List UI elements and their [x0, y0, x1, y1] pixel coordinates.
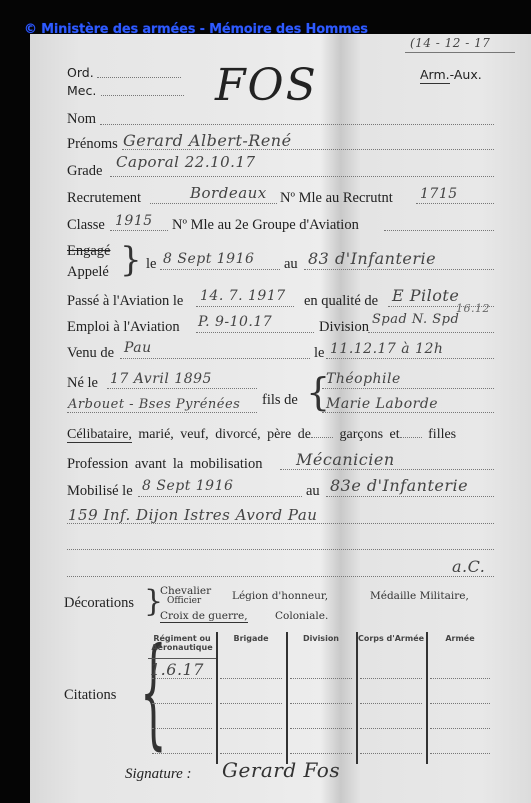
recrutement-value: Bordeaux [190, 184, 267, 202]
garcons-line [311, 437, 333, 438]
citations-cell-line [152, 703, 212, 704]
arm-underline [420, 83, 450, 84]
coloniale-label: Coloniale. [275, 610, 328, 622]
date-line [405, 52, 515, 53]
matricule-recrut-value: 1715 [420, 186, 458, 202]
prenoms-label: Prénoms [67, 136, 118, 153]
venu-le-label: le [314, 345, 324, 362]
prenoms-line [122, 149, 494, 150]
citations-col-header: Brigade [216, 634, 286, 643]
ne-lieu: Arbouet - Bses Pyrénées [68, 397, 240, 412]
citations-cell-line [220, 728, 282, 729]
engage-le-label: le [146, 256, 156, 273]
mobilise-au-label: au [306, 483, 320, 500]
mobilise-label: Mobilisé le [67, 483, 133, 500]
citations-col-header: Régiment ou Aéronautique [148, 634, 216, 652]
blank-line-1 [67, 549, 494, 550]
engage-unit: 83 d'Infanterie [308, 249, 436, 268]
recrutement-label: Recrutement [67, 190, 141, 207]
parcours-value: 159 Inf. Dijon Istres Avord Pau [68, 506, 317, 524]
citations-header-rule [148, 658, 216, 659]
matricule-recrut-label: Nº Mle au Recrutnt [280, 190, 393, 207]
etat-divorce: divorcé, [215, 427, 260, 442]
profession-label: Profession avant la mobilisation [67, 456, 262, 473]
citations-cell-line [152, 753, 212, 754]
citations-cell-line [220, 753, 282, 754]
engage-label: Engagé [67, 243, 110, 260]
citations-cell-line [430, 678, 490, 679]
engage-au-label: au [284, 256, 298, 273]
citations-col-divider [286, 632, 288, 764]
croix-guerre-label: Croix de guerre, [160, 610, 248, 623]
etat-marie: marié, [138, 427, 173, 442]
decorations-label: Décorations [64, 595, 134, 612]
engage-date-line [160, 269, 280, 270]
appele-label: Appelé [67, 264, 109, 281]
citations-cell-line [220, 678, 282, 679]
citations-cell-line [290, 703, 352, 704]
watermark: © Ministère des armées - Mémoire des Hom… [24, 22, 368, 37]
brace-engage: } [120, 243, 142, 277]
etat-filles: filles [428, 427, 456, 442]
mobilise-date-line [138, 496, 302, 497]
venu-label: Venu de [67, 345, 114, 362]
citations-cell-line [430, 753, 490, 754]
mec-line [101, 95, 184, 96]
grade-line [110, 176, 494, 177]
groupe-aviation-label: Nº Mle au 2e Groupe d'Aviation [172, 217, 359, 234]
etat-garcons: garçons et [339, 427, 399, 442]
initials: a.C. [452, 557, 485, 576]
legion-honneur-label: Légion d'honneur, [232, 590, 328, 602]
etat-pere-de: père de [267, 427, 311, 442]
citations-cell-line [360, 728, 422, 729]
qualite-value: E Pilote [392, 286, 459, 305]
officier-label: Officier [167, 596, 201, 606]
mec-label: Mec. [67, 83, 96, 98]
nom-label: Nom [67, 111, 96, 128]
venu-value: Pau [124, 340, 152, 356]
classe-value: 1915 [115, 213, 153, 229]
nom-value: FOS [215, 60, 318, 111]
blank-line-2 [67, 576, 494, 577]
qualite-label: en qualité de [304, 293, 378, 310]
signature-label: Signature : [125, 766, 192, 783]
emploi-line [196, 332, 314, 333]
citations-cell-line [430, 703, 490, 704]
division-line [368, 332, 494, 333]
citations-cell-line [152, 728, 212, 729]
passe-date-line [196, 306, 294, 307]
grade-label: Grade [67, 163, 102, 180]
etat-veuf: veuf, [180, 427, 208, 442]
citations-cell-line [220, 703, 282, 704]
passe-label: Passé à l'Aviation le [67, 293, 183, 310]
citations-col-header: Division [286, 634, 356, 643]
pere-value: Théophile [326, 371, 401, 387]
citations-label: Citations [64, 687, 116, 704]
profession-value: Mécanicien [296, 450, 395, 469]
venu-date-line [326, 358, 494, 359]
mobilise-date: 8 Sept 1916 [142, 478, 233, 494]
division-label: Division [319, 319, 369, 336]
passe-date: 14. 7. 1917 [200, 288, 286, 304]
citations-cell-line [360, 753, 422, 754]
ord-line [97, 77, 181, 78]
venu-date: 11.12.17 à 12h [330, 341, 443, 357]
division-note: 16.12 [456, 302, 490, 315]
citations-cell-line [360, 678, 422, 679]
mobilise-unit-line [326, 496, 494, 497]
citations-col-header: Corps d'Armée [356, 634, 426, 643]
ne-date: 17 Avril 1895 [110, 371, 212, 387]
pere-line [322, 388, 494, 389]
profession-line [280, 469, 494, 470]
filles-line [400, 437, 422, 438]
ord-label: Ord. [67, 65, 94, 80]
signature-value: Gerard Fos [222, 758, 340, 782]
groupe-aviation-line [384, 230, 494, 231]
citations-cell-line [290, 753, 352, 754]
grade-value: Caporal 22.10.17 [116, 153, 256, 171]
citations-col-header: Armée [426, 634, 494, 643]
engage-date: 8 Sept 1916 [163, 251, 254, 267]
citations-cell-line [430, 728, 490, 729]
division-value: Spad N. Spd [372, 312, 459, 327]
citations-col-divider [426, 632, 428, 764]
parcours-line [67, 523, 494, 524]
venu-line [120, 358, 310, 359]
citations-cell-line [290, 728, 352, 729]
classe-line [110, 230, 168, 231]
citations-cell-line [290, 678, 352, 679]
matricule-recrut-line [416, 203, 494, 204]
date-stamp: (14 - 12 - 17 [410, 36, 490, 50]
arm-aux-label: Arm.-Aux. [420, 67, 482, 82]
medaille-militaire-label: Médaille Militaire, [370, 590, 469, 602]
nom-line [100, 124, 494, 125]
fils-de-label: fils de [262, 392, 298, 409]
emploi-value: P. 9-10.17 [198, 314, 272, 330]
citations-cell: 1.6.17 [150, 660, 204, 679]
ne-date-line [107, 388, 257, 389]
citations-col-divider [356, 632, 358, 764]
ne-lieu-line [67, 412, 257, 413]
classe-label: Classe [67, 217, 105, 234]
etat-civil-line: Célibataire, marié, veuf, divorcé, père … [67, 427, 456, 443]
mobilise-unit: 83e d'Infanterie [330, 476, 468, 495]
citations-col-divider [216, 632, 218, 764]
emploi-label: Emploi à l'Aviation [67, 319, 180, 336]
engage-unit-line [304, 269, 494, 270]
ne-label: Né le [67, 375, 98, 392]
prenoms-value: Gerard Albert-René [123, 131, 292, 150]
etat-celibataire: Célibataire, [67, 427, 132, 443]
mere-value: Marie Laborde [326, 396, 438, 412]
mere-line [322, 412, 494, 413]
recrutement-line [150, 203, 277, 204]
citations-cell-line [360, 703, 422, 704]
